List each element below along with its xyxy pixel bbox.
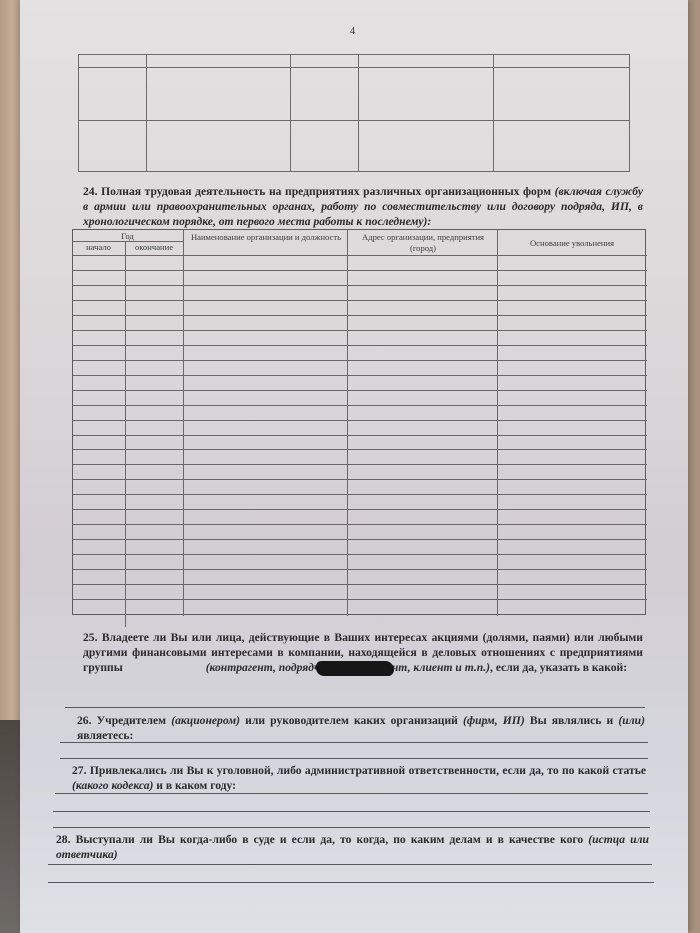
table-cell[interactable] — [348, 346, 497, 360]
previous-section-table — [78, 54, 630, 172]
table-cell[interactable] — [184, 600, 347, 614]
table-cell[interactable] — [74, 600, 125, 614]
table-cell[interactable] — [348, 600, 497, 614]
table-cell[interactable] — [126, 391, 183, 405]
table-cell[interactable] — [184, 271, 347, 285]
table-cell[interactable] — [348, 361, 497, 375]
table-cell[interactable] — [74, 331, 125, 345]
question-title: Полная трудовая деятельность на предприя… — [101, 185, 551, 198]
redaction-mark — [316, 661, 394, 676]
table-cell[interactable] — [184, 256, 347, 270]
table-cell[interactable] — [184, 495, 347, 509]
table-cell[interactable] — [74, 316, 125, 330]
table-cell[interactable] — [126, 301, 183, 315]
table-cell[interactable] — [184, 465, 347, 479]
question-text: или руководителем каких организаций — [245, 714, 458, 727]
table-cell[interactable] — [126, 585, 183, 599]
table-cell[interactable] — [498, 600, 645, 614]
table-cell[interactable] — [348, 391, 497, 405]
col-header-org-address: Адрес организации, предприятия (город) — [349, 232, 497, 253]
table-cell[interactable] — [498, 510, 645, 524]
col-header-org-name: Наименование организации и должность — [185, 232, 347, 243]
question-text: являетесь: — [77, 729, 133, 742]
table-cell[interactable] — [498, 331, 645, 345]
table-cell[interactable] — [184, 391, 347, 405]
table-cell[interactable] — [184, 540, 347, 554]
answer-line-27c[interactable] — [53, 827, 650, 828]
table-cell[interactable] — [348, 316, 497, 330]
table-cell[interactable] — [348, 271, 497, 285]
table-cell[interactable] — [126, 316, 183, 330]
table-cell[interactable] — [74, 256, 125, 270]
page-number: 4 — [350, 26, 355, 37]
table-cell[interactable] — [498, 286, 645, 300]
table-cell[interactable] — [74, 406, 125, 420]
table-cell[interactable] — [498, 376, 645, 390]
table-cell[interactable] — [184, 301, 347, 315]
table-cell[interactable] — [498, 391, 645, 405]
question-text: , если да, указать в какой: — [490, 661, 627, 674]
year-header-divider — [73, 241, 183, 242]
table-cell[interactable] — [126, 256, 183, 270]
table-cell[interactable] — [348, 585, 497, 599]
table-cell[interactable] — [126, 421, 183, 435]
col-header-year: Год — [73, 231, 182, 242]
table-cell[interactable] — [184, 331, 347, 345]
table-cell[interactable] — [184, 525, 347, 539]
question-24: 24. Полная трудовая деятельность на пред… — [83, 184, 643, 230]
col-header-end: окончание — [125, 242, 183, 253]
question-number: 27. — [72, 764, 87, 777]
table-cell[interactable] — [126, 436, 183, 450]
table-cell[interactable] — [184, 585, 347, 599]
question-27: 27. Привлекались ли Вы к уголовной, либо… — [72, 763, 646, 793]
table-cell[interactable] — [126, 570, 183, 584]
answer-line-28b[interactable] — [48, 882, 654, 883]
table-cell[interactable] — [184, 406, 347, 420]
question-number: 24. — [83, 185, 98, 198]
table-cell[interactable] — [498, 406, 645, 420]
table-cell[interactable] — [126, 286, 183, 300]
table-cell[interactable] — [74, 436, 125, 450]
table-cell[interactable] — [126, 376, 183, 390]
question-note: (или) — [618, 714, 645, 727]
table-cell[interactable] — [498, 436, 645, 450]
table-cell[interactable] — [79, 68, 146, 120]
table-cell[interactable] — [498, 570, 645, 584]
table-cell[interactable] — [498, 421, 645, 435]
employment-history-table: Год начало окончание Наименование органи… — [72, 229, 646, 615]
table-cell[interactable] — [74, 570, 125, 584]
table-cell[interactable] — [498, 540, 645, 554]
table-cell[interactable] — [498, 346, 645, 360]
table-cell[interactable] — [126, 495, 183, 509]
table-cell[interactable] — [348, 376, 497, 390]
table-cell[interactable] — [498, 585, 645, 599]
table-cell[interactable] — [348, 465, 497, 479]
table-cell[interactable] — [74, 465, 125, 479]
question-text: Учредителем — [97, 714, 166, 727]
answer-line-27b[interactable] — [53, 811, 650, 812]
answer-line-27[interactable] — [55, 793, 648, 794]
table-cell[interactable] — [126, 555, 183, 569]
table-cell[interactable] — [498, 271, 645, 285]
table-cell[interactable] — [74, 346, 125, 360]
table-cell[interactable] — [74, 585, 125, 599]
table-cell[interactable] — [126, 331, 183, 345]
table-cell[interactable] — [184, 361, 347, 375]
table-cell[interactable] — [74, 450, 125, 464]
table-cell[interactable] — [184, 480, 347, 494]
table-cell[interactable] — [348, 421, 497, 435]
table-cell[interactable] — [359, 68, 493, 120]
table-cell[interactable] — [74, 361, 125, 375]
answer-line-26b[interactable] — [60, 758, 648, 759]
table-cell[interactable] — [348, 570, 497, 584]
table-cell[interactable] — [348, 256, 497, 270]
table-cell[interactable] — [348, 331, 497, 345]
table-cell[interactable] — [184, 286, 347, 300]
table-cell[interactable] — [348, 510, 497, 524]
table-cell[interactable] — [348, 480, 497, 494]
table-cell[interactable] — [74, 286, 125, 300]
table-cell[interactable] — [498, 525, 645, 539]
table-cell[interactable] — [74, 480, 125, 494]
table-cell[interactable] — [498, 316, 645, 330]
table-cell[interactable] — [498, 495, 645, 509]
table-cell[interactable] — [348, 301, 497, 315]
table-cell[interactable] — [348, 495, 497, 509]
col-header-dismissal-reason: Основание увольнения — [499, 238, 645, 249]
question-note: (акционером) — [171, 714, 240, 727]
table-cell[interactable] — [498, 450, 645, 464]
table-cell[interactable] — [184, 555, 347, 569]
table-cell[interactable] — [74, 555, 125, 569]
table-cell[interactable] — [184, 510, 347, 524]
col-header-start: начало — [73, 242, 124, 253]
table-cell[interactable] — [126, 510, 183, 524]
table-cell[interactable] — [126, 600, 183, 614]
table-cell[interactable] — [348, 436, 497, 450]
table-cell[interactable] — [184, 450, 347, 464]
table-cell[interactable] — [74, 301, 125, 315]
question-note: (фирм, ИП) — [463, 714, 525, 727]
table-cell[interactable] — [126, 271, 183, 285]
question-28: 28. Выступали ли Вы когда-либо в суде и … — [56, 832, 649, 862]
table-cell[interactable] — [74, 376, 125, 390]
table-cell[interactable] — [126, 525, 183, 539]
question-number: 25. — [83, 631, 98, 644]
table-cell[interactable] — [184, 570, 347, 584]
answer-line-28[interactable] — [48, 864, 652, 865]
table-cell[interactable] — [348, 525, 497, 539]
table-cell[interactable] — [494, 68, 629, 120]
table-cell[interactable] — [348, 450, 497, 464]
table-cell[interactable] — [184, 421, 347, 435]
table-cell[interactable] — [184, 436, 347, 450]
table-cell[interactable] — [126, 465, 183, 479]
table-cell[interactable] — [126, 361, 183, 375]
table-cell[interactable] — [74, 421, 125, 435]
table-cell[interactable] — [147, 68, 290, 120]
table-cell[interactable] — [498, 301, 645, 315]
table-cell[interactable] — [126, 346, 183, 360]
table-cell[interactable] — [184, 316, 347, 330]
table-cell[interactable] — [348, 406, 497, 420]
question-text: Привлекались ли Вы к уголовной, либо адм… — [90, 764, 646, 777]
table-cell[interactable] — [498, 361, 645, 375]
question-text: Вы являлись и — [530, 714, 613, 727]
table-cell[interactable] — [184, 376, 347, 390]
question-text: и в каком году: — [156, 779, 236, 792]
answer-line-25[interactable] — [65, 707, 645, 708]
question-number: 28. — [56, 833, 71, 846]
table-cell[interactable] — [291, 68, 358, 120]
table-cell[interactable] — [348, 286, 497, 300]
question-26: 26. Учредителем (акционером) или руковод… — [77, 713, 645, 743]
question-note: (какого кодекса) — [72, 779, 153, 792]
table-cell[interactable] — [498, 256, 645, 270]
table-cell[interactable] — [126, 450, 183, 464]
table-cell[interactable] — [74, 495, 125, 509]
table-cell[interactable] — [74, 271, 125, 285]
table-cell[interactable] — [348, 555, 497, 569]
table-cell[interactable] — [126, 480, 183, 494]
table-cell[interactable] — [74, 540, 125, 554]
table-cell[interactable] — [348, 540, 497, 554]
answer-line-26[interactable] — [60, 742, 648, 743]
table-cell[interactable] — [126, 406, 183, 420]
table-cell[interactable] — [498, 480, 645, 494]
question-number: 26. — [77, 714, 92, 727]
table-cell[interactable] — [74, 391, 125, 405]
table-cell[interactable] — [498, 555, 645, 569]
form-page: 4 24. Полная трудовая деятельность на пр… — [20, 0, 688, 933]
table-cell[interactable] — [74, 525, 125, 539]
table-cell[interactable] — [126, 540, 183, 554]
table-row-divider — [79, 120, 629, 121]
table-cell[interactable] — [184, 346, 347, 360]
question-text: Выступали ли Вы когда-либо в суде и если… — [76, 833, 584, 846]
table-cell[interactable] — [498, 465, 645, 479]
table-cell[interactable] — [74, 510, 125, 524]
